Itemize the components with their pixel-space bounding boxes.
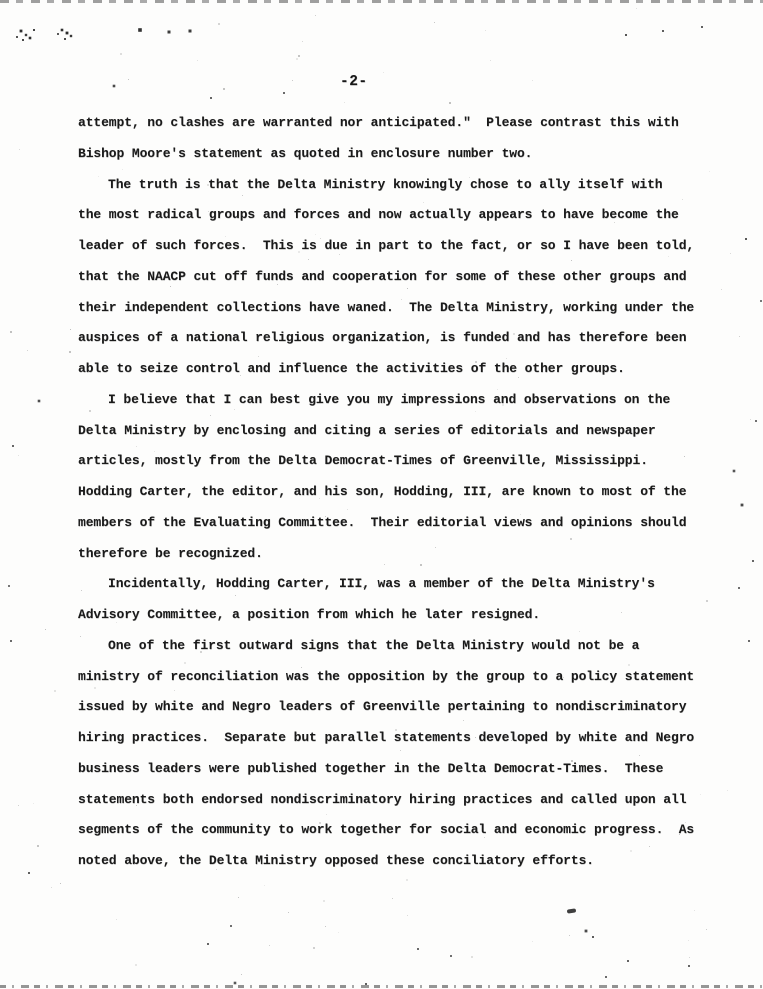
noise-speck [298, 55, 300, 57]
text-line: Bishop Moore's statement as quoted in en… [78, 139, 733, 170]
noise-speck [636, 8, 637, 9]
noise-speck [51, 887, 52, 888]
noise-speck [485, 30, 486, 31]
noise-speck [33, 803, 34, 804]
noise-speck [292, 80, 293, 81]
text-line: hiring practices. Separate but parallel … [78, 723, 733, 754]
text-line: noted above, the Delta Ministry opposed … [78, 846, 733, 877]
noise-speck [325, 926, 326, 927]
noise-speck [18, 805, 19, 806]
document-body: attempt, no clashes are warranted nor an… [78, 108, 733, 877]
noise-speck [218, 23, 220, 25]
noise-speck [116, 919, 117, 920]
text-line: statements both endorsed nondiscriminato… [78, 785, 733, 816]
noise-speck [407, 915, 408, 916]
ink-smudge [567, 908, 576, 913]
noise-speck [128, 79, 129, 80]
text-line: One of the first outward signs that the … [78, 631, 733, 662]
noise-speck [689, 957, 690, 958]
text-line: business leaders were published together… [78, 754, 733, 785]
noise-speck [383, 72, 384, 73]
text-line: The truth is that the Delta Ministry kno… [78, 170, 733, 201]
scan-speckles [0, 0, 2, 2]
noise-speck [37, 845, 39, 847]
text-line: Incidentally, Hodding Carter, III, was a… [78, 569, 733, 600]
noise-speck [750, 419, 751, 420]
noise-speck [315, 15, 316, 16]
noise-speck [264, 885, 265, 886]
document-page: -2- attempt, no clashes are warranted no… [0, 0, 763, 989]
noise-speck [406, 879, 408, 881]
noise-speck [706, 929, 707, 930]
noise-speck [296, 58, 298, 60]
noise-speck [323, 900, 325, 902]
noise-speck [69, 351, 71, 353]
noise-speck [694, 910, 695, 911]
noise-speck [197, 60, 198, 61]
text-line: the most radical groups and forces and n… [78, 200, 733, 231]
noise-speck [449, 102, 451, 104]
noise-speck [60, 883, 61, 884]
text-line: leader of such forces. This is due in pa… [78, 231, 733, 262]
text-line: Advisory Committee, a position from whic… [78, 600, 733, 631]
noise-speck [490, 60, 491, 61]
noise-speck [18, 455, 19, 456]
noise-speck [223, 88, 225, 90]
noise-speck [688, 940, 689, 941]
text-line: Hodding Carter, the editor, and his son,… [78, 477, 733, 508]
noise-speck [135, 964, 137, 966]
noise-speck [338, 932, 339, 933]
text-line: their independent collections have waned… [78, 293, 733, 324]
noise-speck [739, 336, 740, 337]
text-line: segments of the community to work togeth… [78, 815, 733, 846]
film-edge-bottom-marks [0, 985, 763, 988]
noise-speck [313, 947, 315, 949]
text-line: therefore be recognized. [78, 539, 733, 570]
text-line: that the NAACP cut off funds and coopera… [78, 262, 733, 293]
noise-speck [241, 974, 242, 975]
noise-speck [392, 898, 393, 899]
noise-speck [120, 53, 122, 55]
noise-speck [532, 941, 533, 942]
noise-speck [19, 149, 20, 150]
noise-speck [471, 956, 473, 958]
noise-speck [70, 329, 71, 330]
text-line: I believe that I can best give you my im… [78, 385, 733, 416]
text-line: members of the Evaluating Committee. The… [78, 508, 733, 539]
noise-speck [45, 629, 46, 630]
noise-speck [532, 80, 533, 81]
text-line: able to seize control and influence the … [78, 354, 733, 385]
noise-speck [54, 690, 56, 692]
noise-speck [10, 331, 12, 333]
text-line: auspices of a national religious organiz… [78, 323, 733, 354]
noise-speck [302, 41, 303, 42]
noise-speck [27, 350, 28, 351]
page-number: -2- [340, 74, 368, 90]
text-line: articles, mostly from the Delta Democrat… [78, 446, 733, 477]
noise-speck [569, 935, 570, 936]
noise-speck [434, 22, 435, 23]
noise-speck [269, 945, 270, 946]
text-line: attempt, no clashes are warranted nor an… [78, 108, 733, 139]
film-edge-top-marks [0, 0, 763, 3]
text-line: Delta Ministry by enclosing and citing a… [78, 416, 733, 447]
text-line: ministry of reconciliation was the oppos… [78, 662, 733, 693]
text-line: issued by white and Negro leaders of Gre… [78, 692, 733, 723]
noise-speck [238, 897, 239, 898]
noise-speck [288, 912, 289, 913]
noise-speck [344, 102, 345, 103]
